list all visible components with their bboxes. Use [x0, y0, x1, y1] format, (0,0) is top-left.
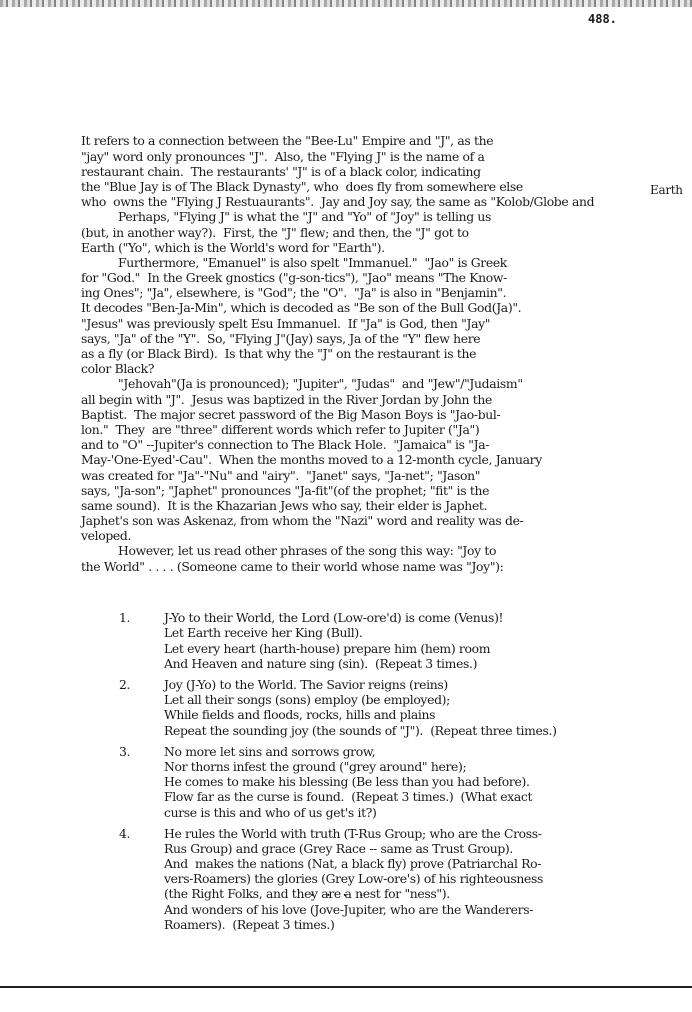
- verse-line: And Heaven and nature sing (sin). (Repea…: [164, 656, 692, 671]
- text-line: who owns the "Flying J Restuaurants". Ja…: [81, 194, 692, 209]
- document-body: It refers to a connection between the "B…: [81, 103, 692, 953]
- paragraph: However, let us read other phrases of th…: [81, 543, 692, 573]
- text-line: However, let us read other phrases of th…: [81, 543, 692, 558]
- verse-lines: He rules the World with truth (T-Rus Gro…: [81, 826, 692, 932]
- bottom-rule: [0, 986, 692, 988]
- page-number: 488.: [588, 12, 617, 26]
- text-line: color Black?: [81, 361, 692, 376]
- verse-line: curse is this and who of us get's it?): [164, 805, 692, 820]
- verse-line: And wonders of his love (Jove-Jupiter, w…: [164, 902, 692, 917]
- text-line: (but, in another way?). First, the "J" f…: [81, 225, 692, 240]
- scan-top-edge: [0, 0, 692, 7]
- paragraph: Furthermore, "Emanuel" is also spelt "Im…: [81, 255, 692, 377]
- text-line: ing Ones"; "Ja", elsewhere, is "God"; th…: [81, 285, 692, 300]
- verse-line: Flow far as the curse is found. (Repeat …: [164, 789, 692, 804]
- text-line: May-'One-Eyed'-Cau". When the months mov…: [81, 452, 692, 467]
- text-line: the World" . . . . (Someone came to thei…: [81, 559, 692, 574]
- verse-number: 2.: [119, 677, 130, 692]
- song-verse-list: 1.J-Yo to their World, the Lord (Low-ore…: [81, 610, 692, 932]
- verse-line: Let Earth receive her King (Bull).: [164, 625, 692, 640]
- verse-line: He comes to make his blessing (Be less t…: [164, 774, 692, 789]
- text-line: Baptist. The major secret password of th…: [81, 407, 692, 422]
- verse-item: 4.He rules the World with truth (T-Rus G…: [81, 826, 692, 932]
- verse-line: While fields and floods, rocks, hills an…: [164, 707, 692, 722]
- text-line: same sound). It is the Khazarian Jews wh…: [81, 498, 692, 513]
- text-line: the "Blue Jay is of The Black Dynasty", …: [81, 179, 692, 194]
- text-line: lon." They are "three" different words w…: [81, 422, 692, 437]
- verse-line: J-Yo to their World, the Lord (Low-ore'd…: [164, 610, 692, 625]
- text-line: for "God." In the Greek gnostics ("g-son…: [81, 270, 692, 285]
- text-line: "Jesus" was previously spelt Esu Immanue…: [81, 316, 692, 331]
- text-line: Japhet's son was Askenaz, from whom the …: [81, 513, 692, 528]
- verse-line: He rules the World with truth (T-Rus Gro…: [164, 826, 692, 841]
- verse-lines: No more let sins and sorrows grow,Nor th…: [81, 744, 692, 820]
- text-line: and to "O" --Jupiter's connection to The…: [81, 437, 692, 452]
- verse-lines: J-Yo to their World, the Lord (Low-ore'd…: [81, 610, 692, 671]
- text-line: Furthermore, "Emanuel" is also spelt "Im…: [81, 255, 692, 270]
- text-line: says, "Ja-son"; "Japhet" pronounces "Ja-…: [81, 483, 692, 498]
- text-line: as a fly (or Black Bird). Is that why th…: [81, 346, 692, 361]
- verse-line: Rus Group) and grace (Grey Race -- same …: [164, 841, 692, 856]
- paragraph: Perhaps, "Flying J" is what the "J" and …: [81, 209, 692, 255]
- paragraphs: It refers to a connection between the "B…: [81, 133, 692, 573]
- ellipsis-divider: . . . .: [310, 885, 367, 899]
- verse-line: No more let sins and sorrows grow,: [164, 744, 692, 759]
- verse-item: 3.No more let sins and sorrows grow,Nor …: [81, 744, 692, 820]
- text-line: It refers to a connection between the "B…: [81, 133, 692, 148]
- verse-line: And makes the nations (Nat, a black fly)…: [164, 856, 692, 871]
- verse-line: Repeat the sounding joy (the sounds of "…: [164, 723, 692, 738]
- verse-line: Joy (J-Yo) to the World. The Savior reig…: [164, 677, 692, 692]
- verse-line: Roamers). (Repeat 3 times.): [164, 917, 692, 932]
- verse-line: Nor thorns infest the ground ("grey arou…: [164, 759, 692, 774]
- verse-line: Let every heart (harth-house) prepare hi…: [164, 641, 692, 656]
- text-line: restaurant chain. The restaurants' "J" i…: [81, 164, 692, 179]
- verse-item: 2.Joy (J-Yo) to the World. The Savior re…: [81, 677, 692, 738]
- text-line: It decodes "Ben-Ja-Min", which is decode…: [81, 300, 692, 315]
- verse-line: vers-Roamers) the glories (Grey Low-ore'…: [164, 871, 692, 886]
- verse-item: 1.J-Yo to their World, the Lord (Low-ore…: [81, 610, 692, 671]
- text-line: Earth ("Yo", which is the World's word f…: [81, 240, 692, 255]
- text-line: was created for "Ja"-"Nu" and "airy". "J…: [81, 468, 692, 483]
- text-line: Perhaps, "Flying J" is what the "J" and …: [81, 209, 692, 224]
- verse-number: 1.: [119, 610, 130, 625]
- verse-number: 3.: [119, 744, 130, 759]
- verse-line: (the Right Folks, and they are a nest fo…: [164, 886, 692, 901]
- paragraph: It refers to a connection between the "B…: [81, 133, 692, 209]
- verse-line: Let all their songs (sons) employ (be em…: [164, 692, 692, 707]
- verse-number: 4.: [119, 826, 130, 841]
- text-line: all begin with "J". Jesus was baptized i…: [81, 392, 692, 407]
- text-line: "Jehovah"(Ja is pronounced); "Jupiter", …: [81, 376, 692, 391]
- verse-lines: Joy (J-Yo) to the World. The Savior reig…: [81, 677, 692, 738]
- text-line: says, "Ja" of the "Y". So, "Flying J"(Ja…: [81, 331, 692, 346]
- paragraph: "Jehovah"(Ja is pronounced); "Jupiter", …: [81, 376, 692, 543]
- text-line: veloped.: [81, 528, 692, 543]
- text-line: "jay" word only pronounces "J". Also, th…: [81, 149, 692, 164]
